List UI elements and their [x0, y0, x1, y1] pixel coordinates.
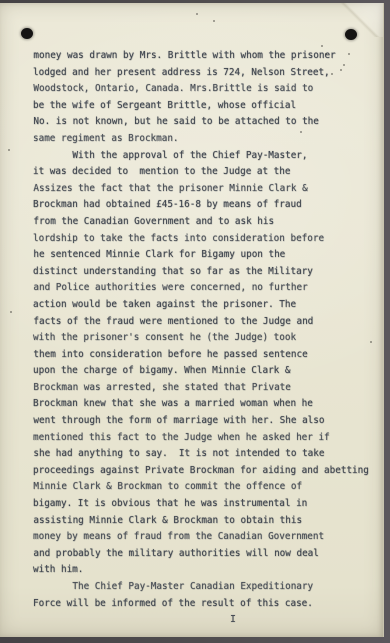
typewritten-text: money was drawn by Mrs. Brittle with who…: [33, 48, 381, 612]
text-line: same regiment as Brockman.: [33, 131, 381, 148]
text-line: Assizes the fact that the prisoner Minni…: [33, 181, 381, 198]
dust-speck: [321, 45, 323, 47]
page-fold-crease: [337, 3, 383, 37]
scanned-document-photo: money was drawn by Mrs. Brittle with who…: [0, 0, 390, 643]
text-line: with him.: [33, 562, 381, 579]
dust-speck: [10, 311, 12, 313]
text-line: Brockman knew that she was a married wom…: [33, 396, 381, 413]
text-line: lodged and her present address is 724, N…: [33, 65, 381, 82]
text-line: upon the charge of bigamy. When Minnie C…: [33, 363, 381, 380]
text-line: Woodstock, Ontario, Canada. Mrs.Brittle …: [33, 81, 381, 98]
text-line: with the prisoner's consent he (the Judg…: [33, 330, 381, 347]
text-line: money by means of fraud from the Canadia…: [33, 529, 381, 546]
dust-speck: [8, 149, 10, 151]
text-line: Brockman was arrested, she stated that P…: [33, 380, 381, 397]
text-line: bigamy. It is obvious that he was instru…: [33, 496, 381, 513]
text-line: The Chief Pay-Master Canadian Expedition…: [33, 579, 381, 596]
text-line: action would be taken against the prison…: [33, 297, 381, 314]
text-line: No. is not known, but he said to be atta…: [33, 114, 381, 131]
text-line: assisting Minnie Clark & Brockman to obt…: [33, 513, 381, 530]
text-line: Minnie Clark & Brockman to commit the of…: [33, 479, 381, 496]
text-line: them into consideration before he passed…: [33, 347, 381, 364]
text-line: mentioned this fact to the Judge when he…: [33, 430, 381, 447]
text-line: facts of the fraud were mentioned to the…: [33, 314, 381, 331]
dust-speck: [196, 13, 198, 15]
dust-speck: [213, 20, 215, 22]
page-number: I: [230, 614, 236, 625]
text-line: be the wife of Sergeant Brittle, whose o…: [33, 98, 381, 115]
text-line: distinct understanding that so far as th…: [33, 264, 381, 281]
document-page: money was drawn by Mrs. Brittle with who…: [0, 3, 384, 637]
text-line: proceedings against Private Brockman for…: [33, 463, 381, 480]
text-line: Force will be informed of the result of …: [33, 596, 381, 613]
hole-punch-left: [21, 28, 33, 39]
text-line: Brockman had obtained £45-16-8 by means …: [33, 197, 381, 214]
text-line: and Police authorities were concerned, n…: [33, 280, 381, 297]
text-line: money was drawn by Mrs. Brittle with who…: [33, 48, 381, 65]
text-line: With the approval of the Chief Pay-Maste…: [33, 148, 381, 165]
text-line: he sentenced Minnie Clark for Bigamy upo…: [33, 247, 381, 264]
text-line: went through the form of marriage with h…: [33, 413, 381, 430]
text-line: she had anything to say. It is not inten…: [33, 446, 381, 463]
text-line: and probably the military authorities wi…: [33, 546, 381, 563]
hole-punch-right: [345, 29, 357, 40]
text-line: lordship to take the facts into consider…: [33, 231, 381, 248]
text-line: it was decided to mention to the Judge a…: [33, 164, 381, 181]
text-line: from the Canadian Government and to ask …: [33, 214, 381, 231]
